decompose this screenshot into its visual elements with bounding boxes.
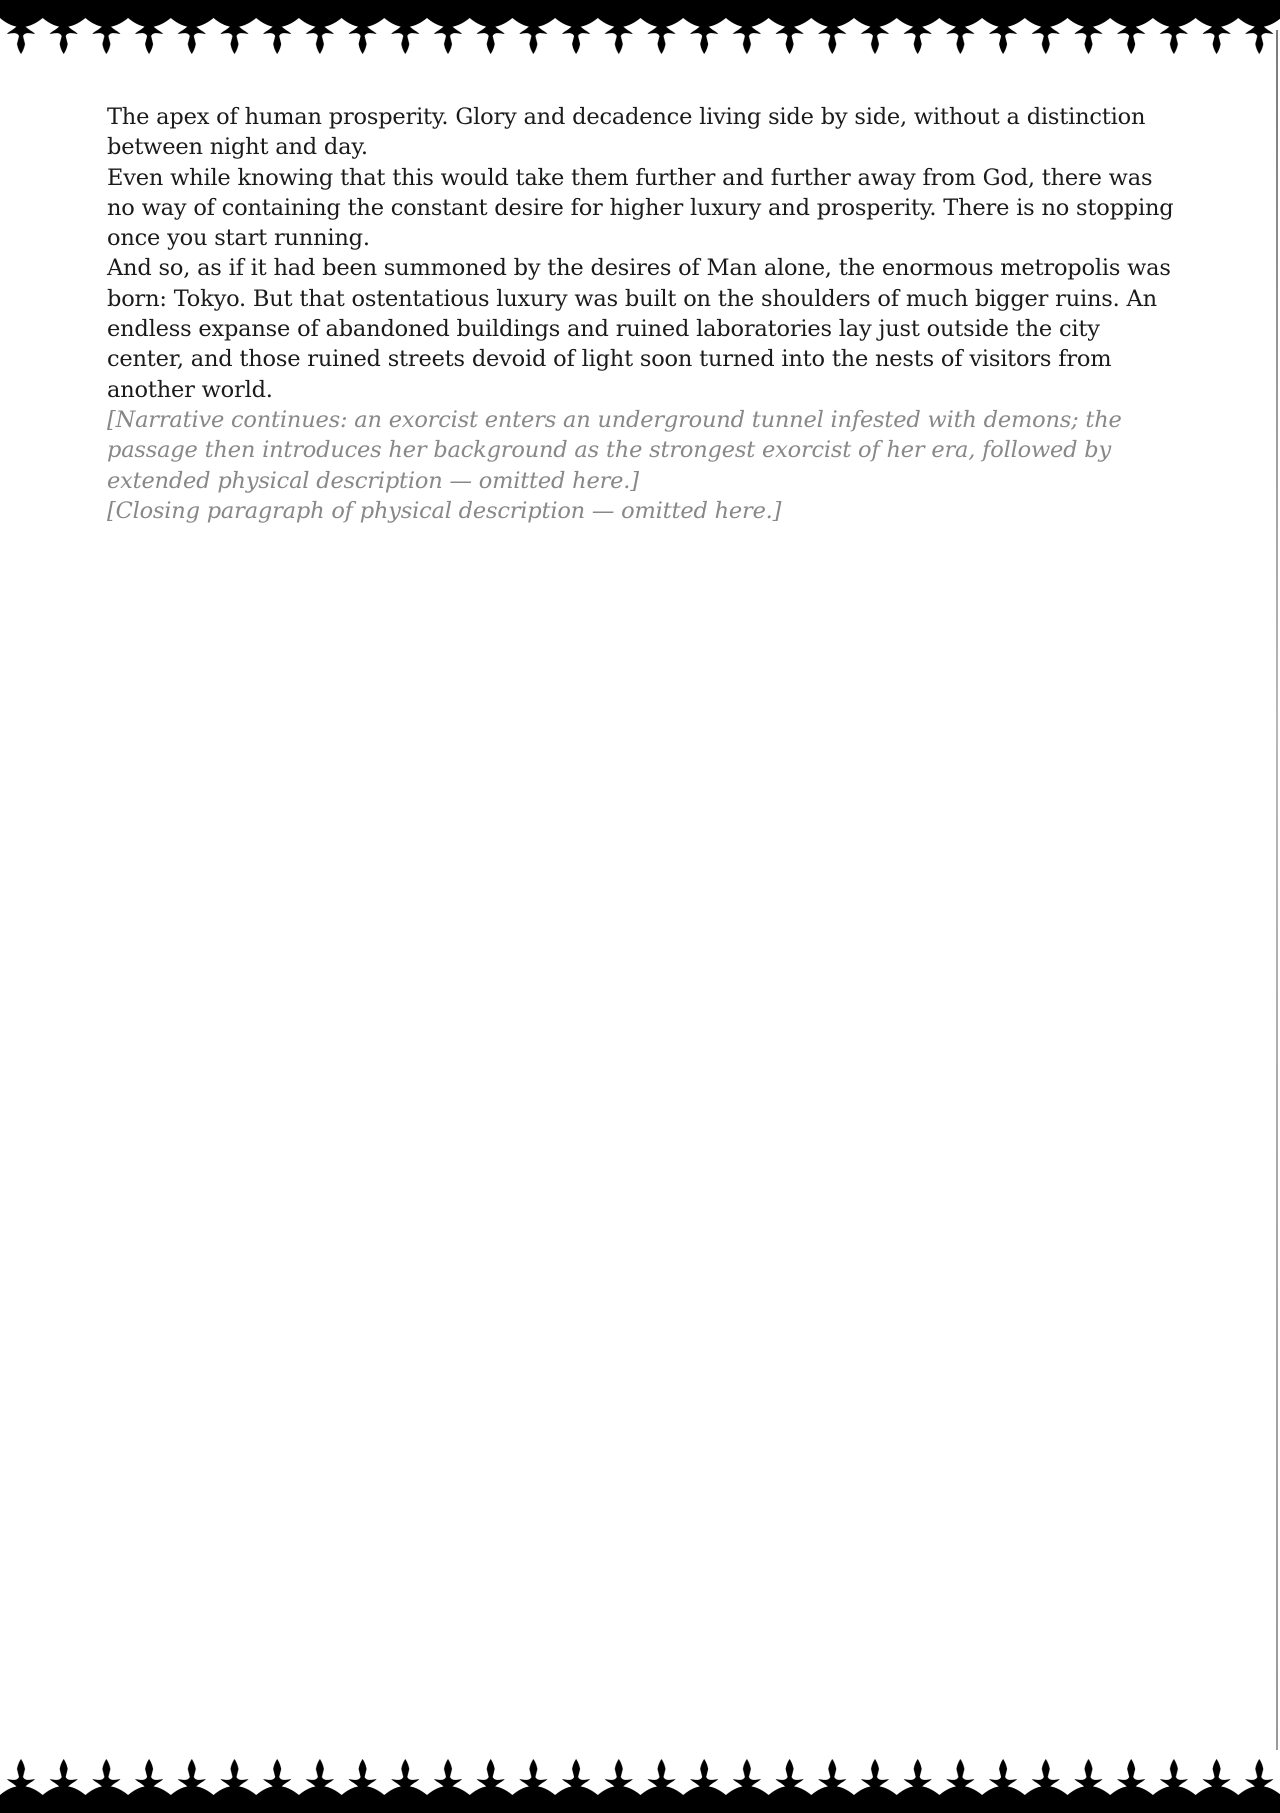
bottom-ornamental-border — [0, 1740, 1280, 1813]
paragraph: The apex of human prosperity. Glory and … — [107, 102, 1182, 163]
paragraph-omitted: [Narrative continues: an exorcist enters… — [107, 405, 1182, 496]
paragraph: And so, as if it had been summoned by th… — [107, 253, 1182, 404]
paragraph: Even while knowing that this would take … — [107, 163, 1182, 254]
paragraph-omitted: [Closing paragraph of physical descripti… — [107, 496, 1182, 526]
page-edge-shadow — [1276, 30, 1278, 1750]
body-text: The apex of human prosperity. Glory and … — [107, 102, 1182, 526]
top-ornamental-border — [0, 0, 1280, 70]
